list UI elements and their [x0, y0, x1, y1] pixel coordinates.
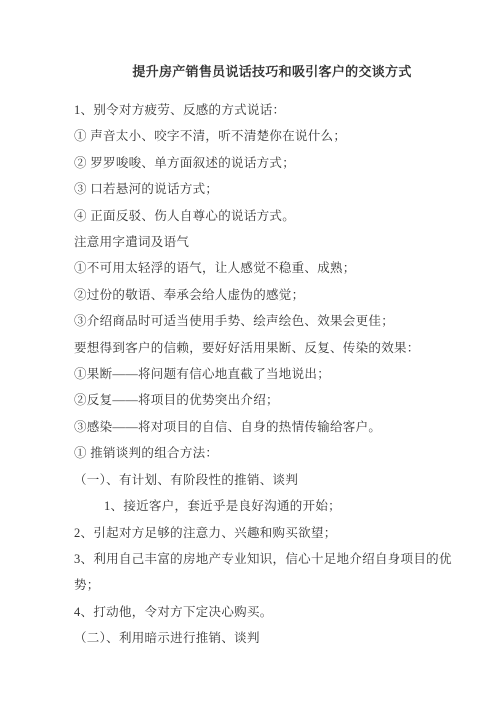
doc-line-11: ①果断——将问题有信心地直截了当地说出；	[74, 361, 434, 387]
doc-line-19: 势；	[74, 572, 434, 598]
doc-line-6: 注意用字遣词及语气	[74, 229, 434, 255]
doc-line-3: ② 罗罗唆唆、单方面叙述的说话方式；	[74, 150, 434, 176]
document-content: 提升房产销售员说话技巧和吸引客户的交谈方式 1、别令对方疲劳、反感的方式说话： …	[0, 0, 500, 652]
document-title: 提升房产销售员说话技巧和吸引客户的交谈方式	[74, 63, 434, 80]
doc-line-14: ① 推销谈判的组合方法：	[74, 440, 434, 466]
doc-line-4: ③ 口若悬河的说话方式；	[74, 176, 434, 202]
doc-line-17: 2、引起对方足够的注意力、兴趣和购买欲望；	[74, 520, 434, 546]
doc-line-18: 3、利用自己丰富的房地产专业知识，信心十足地介绍自身项目的优	[74, 546, 434, 572]
doc-line-12: ②反复——将项目的优势突出介绍；	[74, 387, 434, 413]
doc-line-7: ①不可用太轻浮的语气，让人感觉不稳重、成熟；	[74, 255, 434, 281]
doc-line-20: 4、打动他，令对方下定决心购买。	[74, 599, 434, 625]
doc-line-2: ① 声音太小、咬字不清，听不清楚你在说什么；	[74, 123, 434, 149]
doc-line-15: （一）、有计划、有阶段性的推销、谈判	[74, 467, 434, 493]
doc-line-5: ④ 正面反驳、伤人自尊心的说话方式。	[74, 203, 434, 229]
doc-line-1: 1、别令对方疲劳、反感的方式说话：	[74, 97, 434, 123]
doc-line-9: ③介绍商品时可适当使用手势、绘声绘色、效果会更佳；	[74, 308, 434, 334]
document-page: 提升房产销售员说话技巧和吸引客户的交谈方式 1、别令对方疲劳、反感的方式说话： …	[0, 0, 500, 707]
doc-line-10: 要想得到客户的信赖，要好好活用果断、反复、传染的效果：	[74, 335, 434, 361]
doc-line-8: ②过份的敬语、奉承会给人虚伪的感觉；	[74, 282, 434, 308]
doc-line-16: 1、接近客户，套近乎是良好沟通的开始；	[74, 493, 434, 519]
doc-line-21: （二）、利用暗示进行推销、谈判	[74, 625, 434, 651]
doc-line-13: ③感染——将对项目的自信、自身的热情传输给客户。	[74, 414, 434, 440]
